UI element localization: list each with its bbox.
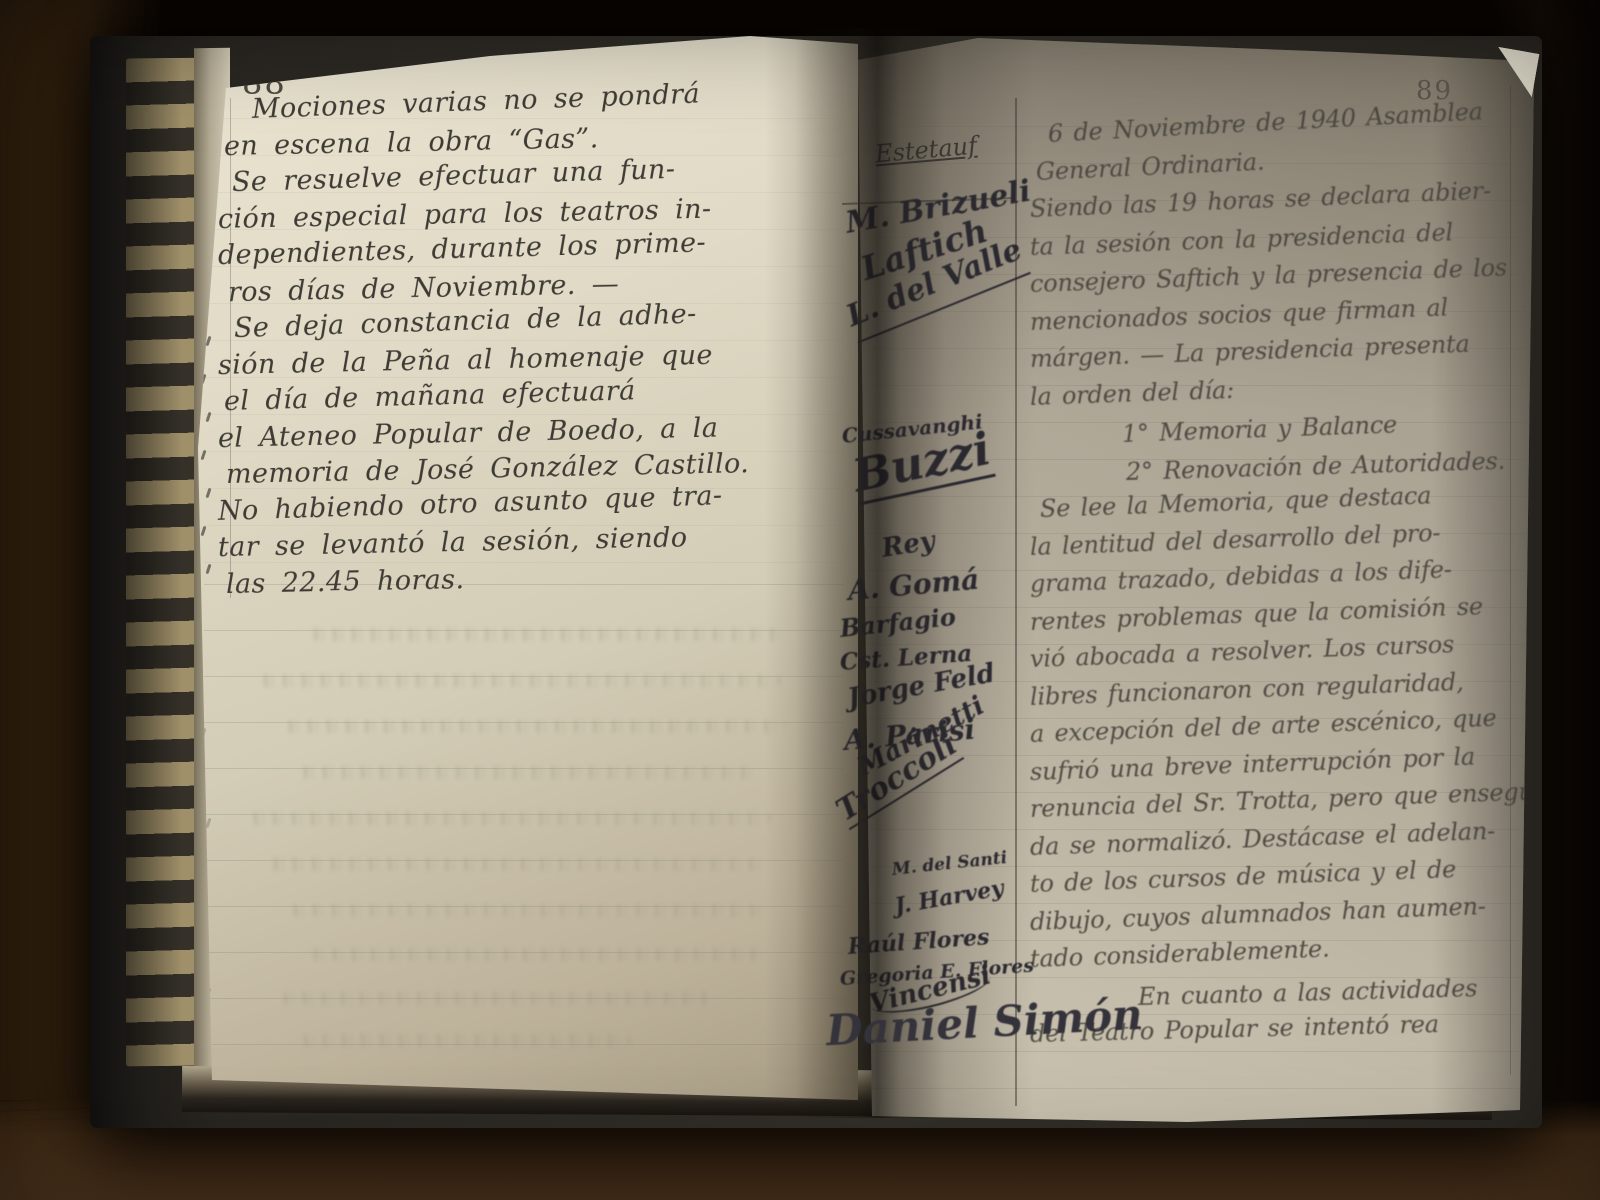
show-through-writing [310, 628, 780, 641]
member-signature: A. Gomá [847, 563, 981, 607]
left-page-handwriting: Mociones varias no se pondráen escena la… [218, 92, 838, 603]
show-through-writing [290, 904, 770, 917]
photo-of-open-minute-book: 88 Mociones varias no se pondráen escena… [0, 0, 1600, 1200]
show-through-writing [300, 766, 760, 779]
show-through-writing [310, 948, 760, 961]
member-signature: Barfagio [838, 602, 957, 643]
member-signature: Rey [880, 526, 937, 564]
left-page: 88 Mociones varias no se pondráen escena… [190, 28, 858, 1100]
show-through-writing [270, 858, 760, 871]
signature-column-header: Estetauf [874, 132, 978, 169]
margin-signature-column: Estetauf M. Brizueli Laftich L. del Vall… [840, 128, 1040, 1088]
member-signature: M. del Santi [891, 848, 1008, 880]
show-through-writing [280, 992, 710, 1005]
right-page-handwriting: 6 de Noviembre de 1940 AsambleaGeneral O… [1030, 116, 1530, 1054]
member-signature: J. Harvey [893, 875, 1006, 920]
show-through-writing [250, 812, 770, 825]
member-signature: Raúl Flores [847, 924, 990, 960]
show-through-writing [260, 674, 780, 687]
show-through-writing [285, 720, 785, 733]
show-through-writing [300, 1034, 630, 1047]
